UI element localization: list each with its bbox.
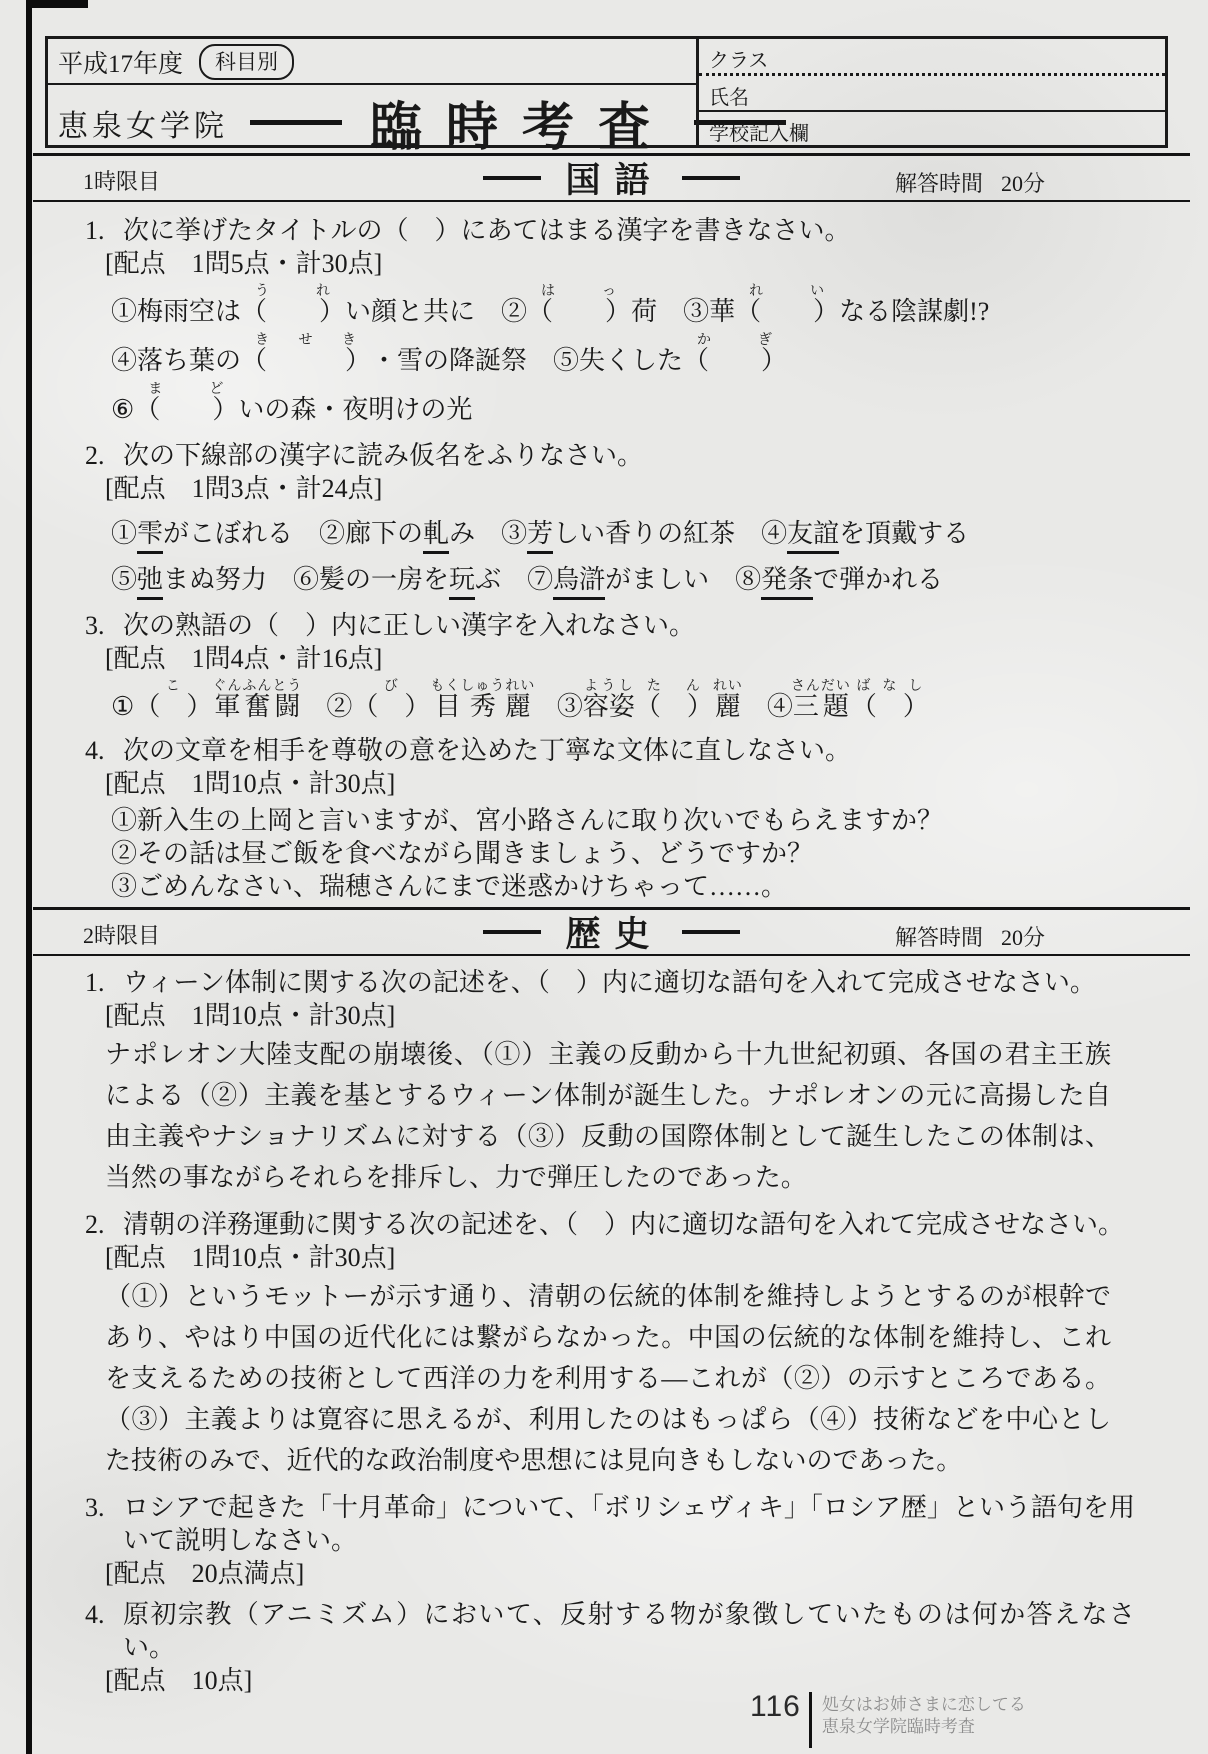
question-heading: 次の下線部の漢字に読み仮名をふりなさい。 bbox=[123, 439, 1135, 472]
scanned-exam-page: 平成17年度 科目別 恵泉女学院 臨時考査 クラス 氏名 学校記入欄 bbox=[0, 0, 1208, 1754]
section-title-kokugo: 国語 bbox=[559, 153, 663, 203]
answer-time: 解答時間20分 bbox=[895, 921, 1045, 952]
page-number: 116 bbox=[750, 1692, 801, 1722]
points-note: [配点 1問3点・計24点] bbox=[105, 472, 1135, 505]
section-dash-right bbox=[682, 930, 740, 934]
class-field: クラス bbox=[699, 39, 1165, 76]
footer-meta: 処女はお姉さまに恋してる 恵泉女学院臨時考査 bbox=[822, 1692, 1026, 1738]
question-line: ①雫がこぼれる ②廊下の軋み ③芳しい香りの紅茶 ④友誼を頂戴する bbox=[111, 517, 1135, 551]
school-entry-field: 学校記入欄 bbox=[699, 112, 1165, 146]
question-number: 4. bbox=[85, 1598, 123, 1664]
answer-time-value: 20分 bbox=[1001, 925, 1045, 950]
kokugo-questions: 1. 次に挙げたタイトルの（ ）にあてはまる漢字を書きなさい。 [配点 1問5点… bbox=[33, 214, 1190, 903]
section-title-wrap: 歴史 bbox=[483, 907, 739, 957]
exam-sheet: 平成17年度 科目別 恵泉女学院 臨時考査 クラス 氏名 学校記入欄 bbox=[33, 0, 1190, 1697]
question-line: ⑤弛まぬ努力 ⑥髪の一房を玩ぶ ⑦烏滸がましい ⑧発条で弾かれる bbox=[111, 563, 1135, 597]
answer-time-value: 20分 bbox=[1001, 171, 1045, 196]
scan-edge-line bbox=[26, 0, 32, 1754]
section-dash-left bbox=[483, 930, 541, 934]
answer-time: 解答時間20分 bbox=[895, 167, 1045, 198]
title-dash-left bbox=[250, 120, 342, 125]
answer-time-label: 解答時間 bbox=[895, 925, 983, 950]
subject-type-badge: 科目別 bbox=[199, 44, 294, 80]
header-left: 平成17年度 科目別 恵泉女学院 臨時考査 bbox=[48, 39, 696, 145]
rekishi-q4: 4. 原初宗教（アニミズム）において、反射する物が象徴していたものは何か答えなさ… bbox=[85, 1598, 1135, 1664]
school-year-label: 平成17年度 bbox=[58, 44, 183, 80]
kokugo-q4: 4. 次の文章を相手を尊敬の意を込めた丁寧な文体に直しなさい。 bbox=[85, 734, 1135, 767]
footer-caption: 恵泉女学院臨時考査 bbox=[822, 1716, 1026, 1738]
question-lines: ①新入生の上岡と言いますが、宮小路さんに取り次いでもらえますか？②その話は昼ご飯… bbox=[111, 804, 1135, 903]
question-heading: 原初宗教（アニミズム）において、反射する物が象徴していたものは何か答えなさい。 bbox=[123, 1598, 1135, 1664]
points-note: [配点 20点満点] bbox=[105, 1557, 1135, 1590]
question-number: 1. bbox=[85, 214, 123, 247]
question-heading: ロシアで起きた「十月革命」について、「ボリシェヴィキ」「ロシア歴」という語句を用… bbox=[123, 1491, 1135, 1557]
rekishi-q2: 2. 清朝の洋務運動に関する次の記述を、（ ）内に適切な語句を入れて完成させなさ… bbox=[85, 1208, 1135, 1241]
rekishi-questions: 1. ウィーン体制に関する次の記述を、（ ）内に適切な語句を入れて完成させなさい… bbox=[33, 966, 1190, 1697]
question-number: 1. bbox=[85, 966, 123, 999]
question-number: 3. bbox=[85, 1491, 123, 1557]
question-number: 2. bbox=[85, 439, 123, 472]
question-paragraph: ナポレオン大陸支配の崩壊後、（①）主義の反動から十九世紀初頭、各国の君主王族によ… bbox=[105, 1034, 1111, 1198]
page-footer: 116 処女はお姉さまに恋してる 恵泉女学院臨時考査 bbox=[750, 1692, 1026, 1748]
points-note: [配点 1問4点・計16点] bbox=[105, 642, 1135, 675]
question-line: ①梅雨空は（ ）うれい顔と共に ②（ ）はっ荷 ③華（ ）れいなる陰謀劇!? bbox=[111, 284, 1135, 329]
section-dash-right bbox=[682, 176, 740, 180]
kokugo-q3: 3. 次の熟語の（ ）内に正しい漢字を入れなさい。 bbox=[85, 609, 1135, 642]
school-name: 恵泉女学院 bbox=[58, 101, 228, 145]
question-heading: 清朝の洋務運動に関する次の記述を、（ ）内に適切な語句を入れて完成させなさい。 bbox=[123, 1208, 1135, 1241]
points-note: [配点 1問10点・計30点] bbox=[105, 767, 1135, 800]
header-year-row: 平成17年度 科目別 bbox=[48, 39, 696, 85]
question-line: ④落ち葉の（ ）きせき・雪の降誕祭 ⑤失くした（ ）かぎ bbox=[111, 333, 1135, 378]
question-heading: ウィーン体制に関する次の記述を、（ ）内に適切な語句を入れて完成させなさい。 bbox=[123, 966, 1135, 999]
points-note: [配点 1問5点・計30点] bbox=[105, 247, 1135, 280]
question-number: 3. bbox=[85, 609, 123, 642]
question-paragraph: （①）というモットーが示す通り、清朝の伝統的体制を維持しようとするのが根幹であり… bbox=[105, 1276, 1111, 1481]
period-label: 1時限目 bbox=[83, 165, 160, 196]
student-info-box: クラス 氏名 学校記入欄 bbox=[696, 39, 1165, 145]
points-note: [配点 1問10点・計30点] bbox=[105, 1241, 1135, 1274]
question-line: ⑥（ ）まどいの森・夜明けの光 bbox=[111, 382, 1135, 427]
section-title-wrap: 国語 bbox=[483, 153, 739, 203]
question-line: ①（ ）こ軍奮闘ぐんふんとう ②（ ）び目秀麗もくしゅうれい ③容姿ようし（ ）… bbox=[111, 679, 1135, 724]
kokugo-q2: 2. 次の下線部の漢字に読み仮名をふりなさい。 bbox=[85, 439, 1135, 472]
question-number: 2. bbox=[85, 1208, 123, 1241]
kokugo-q1: 1. 次に挙げたタイトルの（ ）にあてはまる漢字を書きなさい。 bbox=[85, 214, 1135, 247]
section-dash-left bbox=[483, 176, 541, 180]
footer-divider-bar bbox=[809, 1692, 812, 1748]
exam-title: 臨時考査 bbox=[362, 85, 674, 160]
question-number: 4. bbox=[85, 734, 123, 767]
period-label: 2時限目 bbox=[83, 919, 160, 950]
footer-work-title: 処女はお姉さまに恋してる bbox=[822, 1694, 1026, 1716]
name-field: 氏名 bbox=[699, 76, 1165, 112]
exam-header-box: 平成17年度 科目別 恵泉女学院 臨時考査 クラス 氏名 学校記入欄 bbox=[45, 36, 1168, 148]
section-title-rekishi: 歴史 bbox=[559, 907, 663, 957]
points-note: [配点 1問10点・計30点] bbox=[105, 999, 1135, 1032]
rekishi-q3: 3. ロシアで起きた「十月革命」について、「ボリシェヴィキ」「ロシア歴」という語… bbox=[85, 1491, 1135, 1557]
section-band-rekishi: 2時限目 歴史 解答時間20分 bbox=[33, 907, 1190, 956]
section-band-kokugo: 1時限目 国語 解答時間20分 bbox=[33, 153, 1190, 202]
rekishi-q1: 1. ウィーン体制に関する次の記述を、（ ）内に適切な語句を入れて完成させなさい… bbox=[85, 966, 1135, 999]
question-heading: 次の熟語の（ ）内に正しい漢字を入れなさい。 bbox=[123, 609, 1135, 642]
header-title-row: 恵泉女学院 臨時考査 bbox=[48, 85, 696, 160]
answer-time-label: 解答時間 bbox=[895, 171, 983, 196]
question-heading: 次に挙げたタイトルの（ ）にあてはまる漢字を書きなさい。 bbox=[123, 214, 1135, 247]
question-heading: 次の文章を相手を尊敬の意を込めた丁寧な文体に直しなさい。 bbox=[123, 734, 1135, 767]
